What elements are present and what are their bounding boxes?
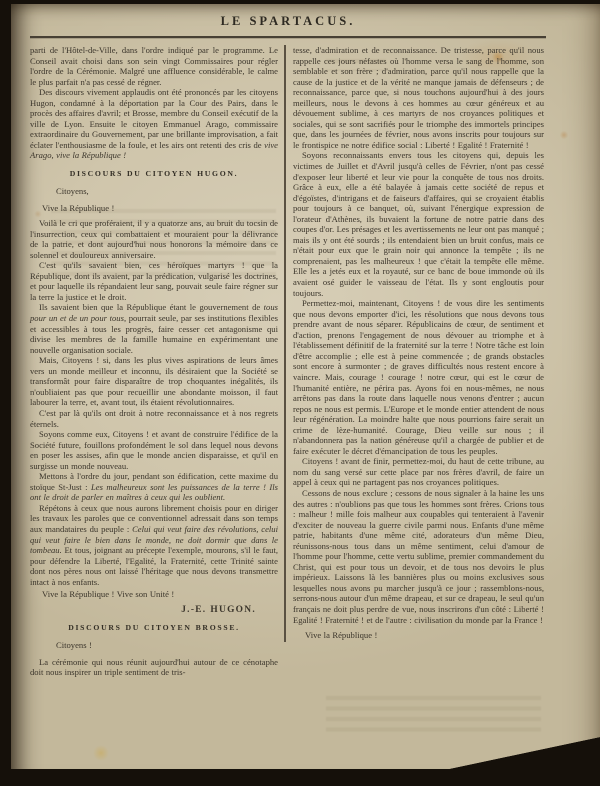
paragraph: Voilà le cri que proféraient, il y a qua… xyxy=(30,218,278,260)
newspaper-page: LE SPARTACUS. parti de l'Hôtel-de-Ville,… xyxy=(11,4,600,786)
paragraph: Citoyens ! avant de finir, permettez-moi… xyxy=(293,456,544,488)
paragraph: Ils savaient bien que la République étan… xyxy=(30,302,278,355)
vive-la-republique-line: Vive la République ! xyxy=(293,630,544,641)
right-column: tesse, d'admiration et de reconnaissance… xyxy=(293,45,544,678)
paragraph: C'est qu'ils savaient bien, ces héroïque… xyxy=(30,260,278,302)
salutation: Vive la République ! xyxy=(30,203,278,214)
page-content: LE SPARTACUS. parti de l'Hôtel-de-Ville,… xyxy=(30,12,546,678)
paragraph: La cérémonie qui nous réunit aujourd'hui… xyxy=(30,657,278,678)
left-column: parti de l'Hôtel-de-Ville, dans l'ordre … xyxy=(30,45,278,678)
text-segment: Des discours vivement applaudis ont été … xyxy=(30,87,278,150)
paragraph: C'est par là qu'ils ont droit à notre re… xyxy=(30,408,278,429)
paragraph: Des discours vivement applaudis ont été … xyxy=(30,87,278,161)
text-columns: parti de l'Hôtel-de-Ville, dans l'ordre … xyxy=(30,45,546,678)
vive-la-republique-line: Vive la République ! Vive son Unité ! xyxy=(30,589,278,600)
masthead-rule xyxy=(30,36,546,38)
salutation: Citoyens ! xyxy=(30,640,278,651)
paragraph: Permettez-moi, maintenant, Citoyens ! de… xyxy=(293,298,544,456)
paragraph: parti de l'Hôtel-de-Ville, dans l'ordre … xyxy=(30,45,278,87)
speech-heading-brosse: DISCOURS DU CITOYEN BROSSE. xyxy=(30,623,278,633)
paragraph: tesse, d'admiration et de reconnaissance… xyxy=(293,45,544,150)
column-divider-rule xyxy=(284,45,286,642)
paragraph: Mettons à l'ordre du jour, pendant son é… xyxy=(30,471,278,503)
text-segment: Ils savaient bien que la République étan… xyxy=(39,302,264,312)
paragraph: Mais, Citoyens ! si, dans les plus vives… xyxy=(30,355,278,408)
paragraph: Soyons reconnaissants envers tous les ci… xyxy=(293,150,544,298)
scanned-newspaper-screenshot: { "masthead": { "title": "LE SPARTACUS."… xyxy=(0,0,600,786)
masthead-title: LE SPARTACUS. xyxy=(30,14,546,29)
text-segment: Et tous, joignant au précepte l'exemple,… xyxy=(30,545,278,587)
bleed-through-ghost-text xyxy=(326,696,541,736)
paragraph: Répétons à ceux que nous aurons libremen… xyxy=(30,503,278,587)
salutation: Citoyens, xyxy=(30,186,278,197)
speech-heading-hugon: DISCOURS DU CITOYEN HUGON. xyxy=(30,169,278,179)
paragraph: Cessons de nous exclure ; cessons de nou… xyxy=(293,488,544,625)
signature-hugon: J.-E. HUGON. xyxy=(30,605,278,616)
paragraph: Soyons comme eux, Citoyens ! et avant de… xyxy=(30,429,278,471)
